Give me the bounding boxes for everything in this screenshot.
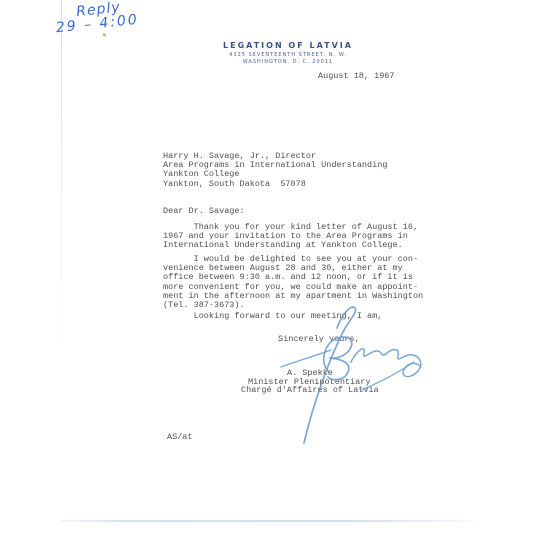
letterhead-address-line2: WASHINGTON, D. C. 20011: [188, 59, 388, 65]
date-line: August 18, 1967: [318, 72, 395, 81]
paper-edge-bottom: [60, 520, 473, 522]
ink-dot: [103, 33, 106, 36]
recipient-line: Yankton, South Dakota 57078: [163, 180, 387, 189]
letterhead-address-line1: 4325 SEVENTEENTH STREET, N. W.: [188, 52, 388, 58]
letterhead: LEGATION OF LATVIA 4325 SEVENTEENTH STRE…: [188, 41, 388, 65]
letterhead-organization: LEGATION OF LATVIA: [188, 41, 388, 50]
signer-title-line2: Chargé d'Affaires of Latvia: [241, 386, 379, 395]
salutation: Dear Dr. Savage:: [163, 207, 245, 216]
body-text-line: International Understanding at Yankton C…: [163, 241, 418, 250]
paper-edge-left: [61, 0, 62, 520]
signature-stroke: [281, 350, 331, 367]
recipient-address: Harry H. Savage, Jr., Director Area Prog…: [163, 152, 387, 189]
signature-stroke: [351, 349, 421, 377]
body-text-line: (Tel. 387-3673).: [163, 301, 423, 310]
handwritten-time-text: 29 – 4:00: [55, 12, 139, 37]
valediction: Sincerely yours,: [278, 335, 360, 344]
letter-page: Reply 29 – 4:00 LEGATION OF LATVIA 4325 …: [0, 0, 533, 533]
body-paragraph-1: Thank you for your kind letter of August…: [163, 223, 418, 251]
body-paragraph-2: I would be delighted to see you at your …: [163, 255, 423, 310]
reference-initials: AS/at: [167, 433, 193, 442]
handwritten-note: Reply 29 – 4:00: [54, 0, 140, 36]
closing-line: Looking forward to our meeting, I am,: [163, 312, 382, 321]
